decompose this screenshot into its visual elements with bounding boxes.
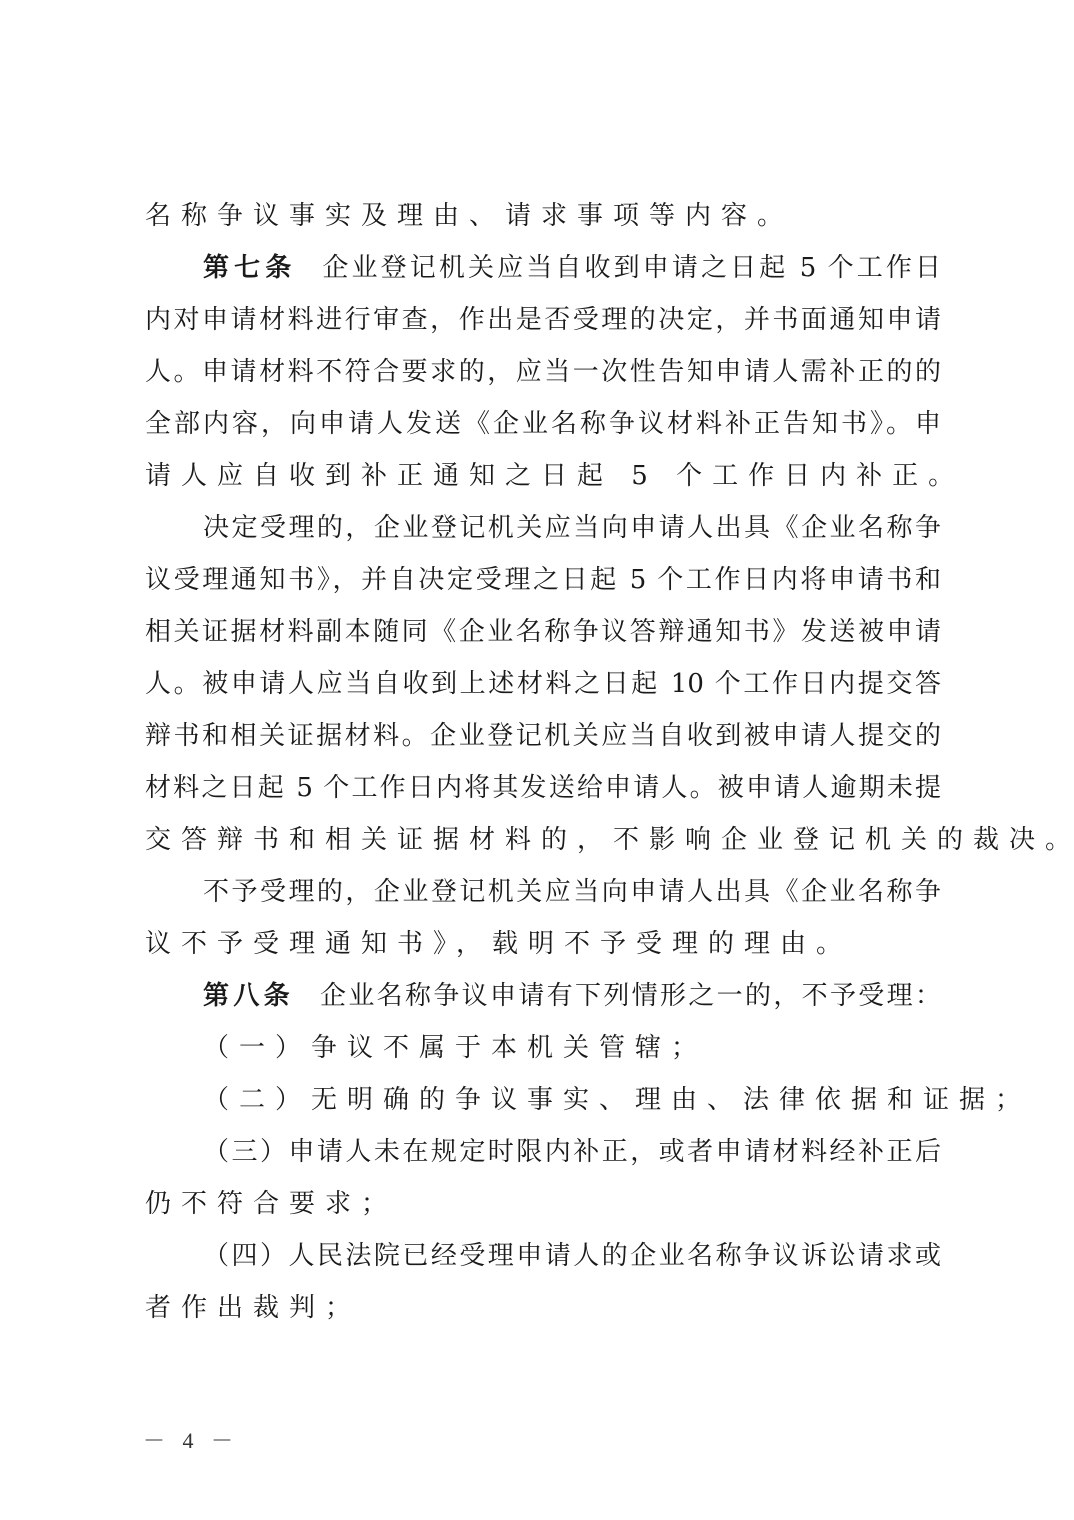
text-line: 议不予受理通知书》，载明不予受理的理由。 [145,918,941,970]
document-body: 名称争议事实及理由、请求事项等内容。 第七条企业登记机关应当自收到申请之日起 5… [145,190,941,1334]
text-line: 请人应自收到补正通知之日起 5 个工作日内补正。 [145,450,941,502]
article-label: 第七条 [203,253,296,283]
text-line: 名称争议事实及理由、请求事项等内容。 [145,190,941,242]
text-line: 内对申请材料进行审查，作出是否受理的决定，并书面通知申请 [145,294,941,346]
list-item: （四）人民法院已经受理申请人的企业名称争议诉讼请求或 [145,1230,941,1282]
article-label: 第八条 [203,981,294,1011]
text-line: 人。申请材料不符合要求的，应当一次性告知申请人需补正的的 [145,346,941,398]
text-line: 材料之日起 5 个工作日内将其发送给申请人。被申请人逾期未提 [145,762,941,814]
text-line: 全部内容，向申请人发送《企业名称争议材料补正告知书》。申 [145,398,941,450]
paragraph-start-line: 决定受理的，企业登记机关应当向申请人出具《企业名称争 [145,502,941,554]
text-line: 交答辩书和相关证据材料的，不影响企业登记机关的裁决。 [145,814,941,866]
article-8-heading-line: 第八条企业名称争议申请有下列情形之一的，不予受理： [145,970,941,1022]
article-7-heading-line: 第七条企业登记机关应当自收到申请之日起 5 个工作日 [145,242,941,294]
list-item: （一）争议不属于本机关管辖； [145,1022,941,1074]
text-line: 相关证据材料副本随同《企业名称争议答辩通知书》发送被申请 [145,606,941,658]
list-item: （三）申请人未在规定时限内补正，或者申请材料经补正后 [145,1126,941,1178]
text-line: 者作出裁判； [145,1282,941,1334]
text-line: 仍不符合要求； [145,1178,941,1230]
paragraph-start-line: 不予受理的，企业登记机关应当向申请人出具《企业名称争 [145,866,941,918]
document-page: 名称争议事实及理由、请求事项等内容。 第七条企业登记机关应当自收到申请之日起 5… [0,0,1074,1520]
text-line: 辩书和相关证据材料。企业登记机关应当自收到被申请人提交的 [145,710,941,762]
text-line: 人。被申请人应当自收到上述材料之日起 10 个工作日内提交答 [145,658,941,710]
list-item: （二）无明确的争议事实、理由、法律依据和证据； [145,1074,941,1126]
text-line: 议受理通知书》，并自决定受理之日起 5 个工作日内将申请书和 [145,554,941,606]
page-number: － 4 － [143,1424,239,1455]
